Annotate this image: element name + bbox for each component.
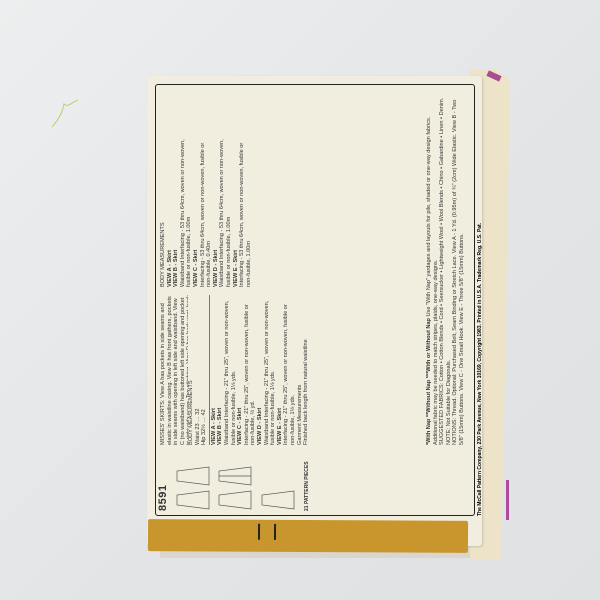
- metric-view-d: VIEW D - Skirt: [213, 137, 220, 287]
- metric-view-a: VIEW A - Skirt: [167, 137, 174, 287]
- imperial-hip: Hip 32½ … 42: [201, 295, 208, 445]
- sketch-list: [173, 449, 301, 511]
- metric-view-e: VIEW E - Skirt: [233, 137, 240, 287]
- metric-view-d-note: Waistband Interfacing - 53 thru 64cm, wo…: [219, 137, 232, 287]
- metric-view-e-note: Interfacing - 53 thru 64cm, woven or non…: [239, 137, 252, 287]
- garment-title: Garment Measurements: [297, 295, 304, 445]
- pattern-pieces: 21 PATTERN PIECES: [304, 449, 311, 511]
- metric-column: BODY MEASUREMENTS VIEW A - Skirt VIEW B …: [160, 137, 252, 287]
- imperial-body-title: BODY MEASUREMENTS: [188, 295, 195, 445]
- tissue-pattern-paper: [148, 519, 468, 553]
- pattern-number: 8591: [160, 449, 167, 511]
- imperial-view-e: VIEW E - Skirt: [277, 295, 284, 445]
- metric-body-title: BODY MEASUREMENTS: [160, 137, 167, 287]
- metric-view-b-note: Waistband Interfacing - 53 thru 64cm, wo…: [180, 137, 193, 287]
- skirt-sketch-b-icon: [173, 465, 213, 487]
- rotated-content: 8591 21 PATTERN PIECES MISSES' SKIRTS: V…: [156, 85, 474, 515]
- envelope-frame: 8591 21 PATTERN PIECES MISSES' SKIRTS: V…: [155, 84, 475, 516]
- notes-block: *With Nap **Without Nap ***With or Witho…: [426, 95, 466, 445]
- imperial-view-b-note: Waistband Interfacing - 21" thru 25", wo…: [224, 295, 237, 445]
- skirt-sketch-e-icon: [258, 489, 298, 511]
- copyright-footer: The McCall Pattern Company, 230 Park Ave…: [477, 86, 483, 516]
- imperial-view-a: VIEW A - Skirt: [211, 295, 218, 445]
- tissue-mark: [258, 524, 260, 540]
- imperial-view-d: VIEW D - Skirt: [257, 295, 264, 445]
- imperial-view-e-note: Interfacing - 21" thru 25", woven or non…: [283, 295, 296, 445]
- imperial-view-c-note: Interfacing - 21" thru 25", woven or non…: [244, 295, 257, 445]
- footer-strip: The McCall Pattern Company, 230 Park Ave…: [477, 86, 483, 516]
- garment-sub: Finished back length from natural waistl…: [303, 295, 310, 445]
- skirt-sketch-a-icon: [173, 489, 213, 511]
- skirt-sketch-d-icon: [215, 465, 255, 487]
- imperial-view-b: VIEW B - Skirt: [217, 295, 224, 445]
- pink-edge-mark: [506, 480, 509, 520]
- skirt-sketch-c-icon: [215, 489, 255, 511]
- title-column: 8591 21 PATTERN PIECES: [160, 449, 460, 511]
- suggested-fabrics: SUGGESTED FABRICS: Cotton • Cotton Blend…: [439, 95, 452, 445]
- nap-notes: *With Nap **Without Nap ***With or Witho…: [426, 95, 439, 445]
- metric-view-c-note: Interfacing - 53 thru 64cm, woven or non…: [200, 137, 213, 287]
- metric-view-b: VIEW B - Skirt: [173, 137, 180, 287]
- imperial-view-d-note: Waistband Interfacing - 21" thru 25", wo…: [264, 295, 277, 445]
- imperial-view-c: VIEW C - Skirt: [237, 295, 244, 445]
- green-thread-icon: [50, 96, 80, 128]
- notions: NOTIONS: Thread. Optional: Purchased Bel…: [452, 95, 465, 445]
- pattern-envelope: 8591 21 PATTERN PIECES MISSES' SKIRTS: V…: [147, 76, 482, 546]
- metric-view-c: VIEW C - Skirt: [193, 137, 200, 287]
- description: MISSES' SKIRTS: View A has pockets in si…: [160, 295, 188, 445]
- imperial-column: MISSES' SKIRTS: View A has pockets in si…: [160, 295, 310, 445]
- tissue-mark: [274, 524, 276, 540]
